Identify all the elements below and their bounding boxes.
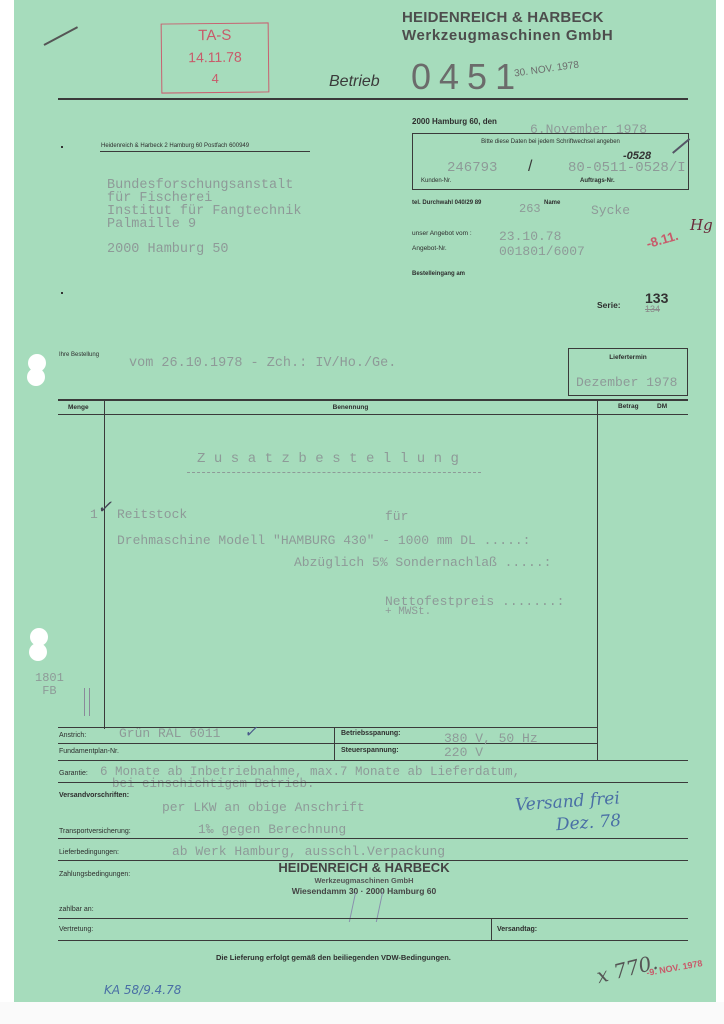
row-vat: + MWSt. <box>385 606 431 618</box>
company-signature-stamp: HEIDENREICH & HARBECK Werkzeugmaschinen … <box>236 860 492 896</box>
vdw-conditions-note: Die Lieferung erfolgt gemäß den beiliege… <box>216 953 451 962</box>
phone-label: tel. Durchwahl 040/29 89 <box>412 200 481 206</box>
header-rule <box>58 98 688 100</box>
pencil-mark <box>84 688 85 716</box>
contact-name: Sycke <box>591 203 630 218</box>
delivery-date-box: Liefertermin Dezember 1978 <box>568 348 688 396</box>
ta-stamp-code: TA-S <box>162 26 268 44</box>
reference-box: Bitte diese Daten bei jedem Schriftwechs… <box>412 133 689 190</box>
column-header-description: Benennung <box>104 404 597 411</box>
fold-mark <box>61 146 63 148</box>
control-voltage-label: Steuerspannung: <box>341 747 399 754</box>
place-date-label: 2000 Hamburg 60, den <box>412 117 497 126</box>
order-ref-label: Ihre Bestellung <box>59 352 99 358</box>
representation-label: Vertretung: <box>59 926 93 933</box>
serie-struck-number: 134 <box>645 304 660 314</box>
order-received-label: Bestelleingang am <box>412 271 465 277</box>
stamp-company-name: HEIDENREICH & HARBECK <box>236 860 492 875</box>
order-title: Zusatzbestellung <box>197 451 467 467</box>
payable-to-label: zahlbar an: <box>59 906 94 913</box>
column-divider <box>597 399 598 761</box>
phone-extension: 263 <box>519 202 541 216</box>
terms-rule <box>58 838 688 839</box>
customer-number: 246793 <box>447 160 497 176</box>
row-item-name: Reitstock <box>117 507 187 522</box>
column-header-amount: Betrag <box>618 403 639 410</box>
row-item-description: Drehmaschine Modell "HAMBURG 430" - 1000… <box>117 533 530 548</box>
recipient-line: Palmaille 9 <box>107 218 301 231</box>
serie-label: Serie: <box>597 300 621 310</box>
ta-stamp: TA-S 14.11.78 4 <box>161 22 270 93</box>
insurance-value: 1‰ gegen Berechnung <box>198 822 346 837</box>
margin-note: 1801 FB <box>35 672 64 698</box>
column-header-quantity: Menge <box>68 404 89 411</box>
table-header-rule <box>58 414 688 415</box>
paint-label: Anstrich: <box>59 732 86 739</box>
ship-day-label: Versandtag: <box>497 926 537 933</box>
operating-voltage-value: 380 V, 50 Hz <box>444 731 538 746</box>
ta-stamp-number: 4 <box>162 70 268 86</box>
checkmark-icon: ✓ <box>97 497 112 518</box>
delivery-terms-value: ab Werk Hamburg, ausschl.Verpackung <box>172 844 445 859</box>
reference-box-header: Bitte diese Daten bei jedem Schriftwechs… <box>413 139 688 145</box>
punch-hole <box>29 643 47 661</box>
column-divider <box>104 399 105 729</box>
control-voltage-value: 220 V <box>444 745 483 760</box>
warranty-text-2: bei einschichtigem Betrieb. <box>112 777 315 791</box>
betrieb-number: 0451 <box>411 56 523 98</box>
offer-number: 001801/6007 <box>499 244 585 259</box>
ta-stamp-date: 14.11.78 <box>162 48 268 65</box>
margin-note-line: FB <box>35 685 64 698</box>
order-number-correction: -0528 <box>623 150 651 162</box>
fold-mark <box>61 292 63 294</box>
payment-terms-label: Zahlungsbedingungen: <box>59 871 130 878</box>
delivery-date-value: Dezember 1978 <box>576 375 677 390</box>
offer-number-label: Angebot-Nr. <box>412 245 447 252</box>
terms-rule <box>58 782 688 783</box>
order-number-label: Auftrags-Nr. <box>580 178 615 184</box>
company-subtitle: Werkzeugmaschinen GmbH <box>402 27 613 44</box>
page-bottom-margin <box>0 1002 724 1024</box>
operating-voltage-label: Betriebsspanung: <box>341 730 401 737</box>
spec-divider <box>334 727 335 760</box>
return-address: Heidenreich & Harbeck 2 Hamburg 60 Postf… <box>101 143 249 149</box>
row-discount: Abzüglich 5% Sondernachlaß .....: <box>294 555 551 570</box>
name-label: Name <box>544 200 560 206</box>
handwritten-initials: Hg <box>690 216 713 234</box>
offer-date-label: unser Angebot vom : <box>412 230 472 237</box>
reference-separator: / <box>528 158 532 176</box>
row-item-for: für <box>385 509 408 524</box>
spec-bottom-rule <box>58 760 688 761</box>
table-top-rule <box>58 399 688 401</box>
stamp-company-subtitle: Werkzeugmaschinen GmbH <box>236 876 492 885</box>
delivery-date-label: Liefertermin <box>569 354 687 361</box>
handwritten-reference: KA 58/9.4.78 <box>104 983 181 997</box>
betrieb-label: Betrieb <box>329 73 380 91</box>
paint-value: Grün RAL 6011 <box>119 726 220 741</box>
warranty-label: Garantie: <box>59 770 88 777</box>
checkmark-icon: ✓ <box>244 722 257 741</box>
customer-number-label: Kunden-Nr. <box>421 178 451 184</box>
terms-bottom-rule <box>58 940 688 941</box>
shipping-label: Versandvorschriften: <box>59 792 129 799</box>
company-name: HEIDENREICH & HARBECK <box>402 9 604 26</box>
return-address-underline <box>100 151 310 152</box>
foundation-plan-label: Fundamentplan-Nr. <box>59 748 119 755</box>
order-number: 80-0511-0528/I <box>568 160 686 176</box>
column-header-currency: DM <box>657 403 667 410</box>
shipping-value: per LKW an obige Anschrift <box>162 800 365 815</box>
offer-date: 23.10.78 <box>499 229 561 244</box>
recipient-address: Bundesforschungsanstalt für Fischerei In… <box>107 179 301 256</box>
terms-rule <box>58 918 688 919</box>
order-title-underline <box>187 472 481 473</box>
order-ref-value: vom 26.10.1978 - Zch.: IV/Ho./Ge. <box>129 356 396 371</box>
terms-divider <box>491 918 492 940</box>
punch-hole <box>27 368 45 386</box>
delivery-terms-label: Lieferbedingungen: <box>59 849 119 856</box>
pencil-mark <box>89 688 90 716</box>
insurance-label: Transportversicherung: <box>59 828 131 835</box>
recipient-city: 2000 Hamburg 50 <box>107 243 301 256</box>
